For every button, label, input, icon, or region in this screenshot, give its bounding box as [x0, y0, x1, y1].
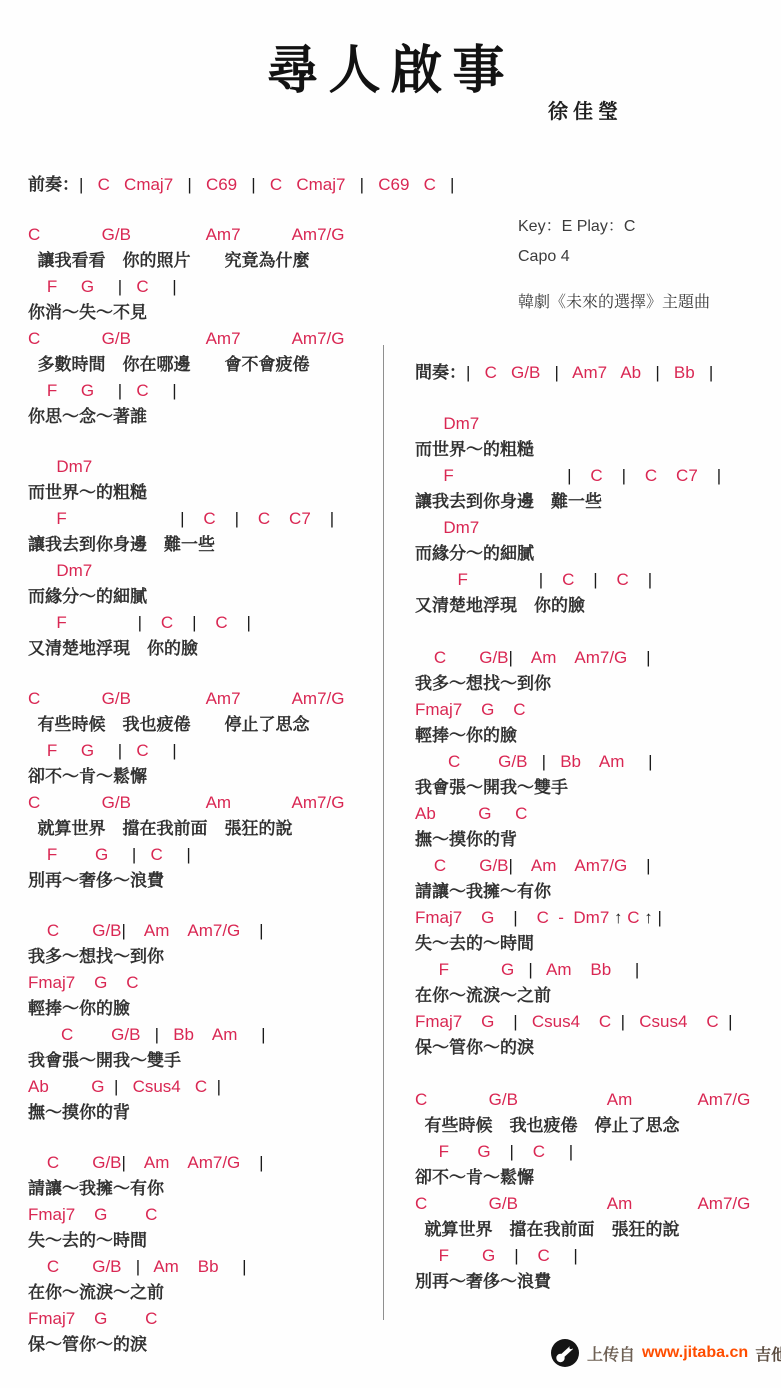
bar-separator: | — [235, 509, 258, 528]
bar-separator: | — [172, 277, 176, 296]
chord-symbol: Am Am7/G — [144, 921, 259, 940]
chord-line: C G/B| Am Am7/G | — [28, 918, 380, 944]
song-section: Dm7而世界～的粗糙 F | C | C C7 |讓我去到你身邊 難一些 Dm7… — [415, 411, 781, 619]
bar-separator: | — [132, 845, 151, 864]
chord-line: C G/B Am7 Am7/G — [28, 222, 380, 248]
bar-separator: | — [593, 570, 616, 589]
chord-symbol: C G/B — [28, 1025, 155, 1044]
lyric-line: 又清楚地浮現 你的臉 — [415, 593, 781, 619]
bar-separator: | — [555, 363, 573, 382]
chord-line: C G/B Am Am7/G — [415, 1191, 781, 1217]
chord-symbol: C — [533, 1142, 569, 1161]
bar-separator: | — [728, 1012, 732, 1031]
jitaba-logo-icon — [550, 1338, 580, 1368]
lyric-line: 而世界～的粗糙 — [28, 480, 380, 506]
chord-line: C G/B Am7 Am7/G — [28, 686, 380, 712]
chord-symbol: C G/B Am Am7/G — [415, 1194, 750, 1213]
intro-line: 前奏：| C Cmaj7 | C69 | C Cmaj7 | C69 C | — [28, 170, 454, 195]
chord-symbol: C C7 — [258, 509, 330, 528]
chord-line: C G/B| Am Am7/G | — [28, 1150, 380, 1176]
chord-symbol: C — [151, 845, 187, 864]
chord-symbol: C — [136, 381, 172, 400]
chord-symbol: C G/B — [28, 921, 122, 940]
chord-symbol: C G/B — [415, 752, 542, 771]
chord-symbol: Am Am7/G — [531, 856, 646, 875]
lyric-line: 請讓～我擁～有你 — [415, 879, 781, 905]
bar-separator: | — [655, 363, 674, 382]
bar-separator: | — [622, 466, 645, 485]
lyric-line: 別再～奢侈～浪費 — [28, 868, 380, 894]
lyric-line: 撫～摸你的背 — [28, 1100, 380, 1126]
chord-symbol: C — [590, 466, 621, 485]
song-section: C G/B| Am Am7/G |我多～想找～到你Fmaj7 G C輕捧～你的臉… — [28, 918, 380, 1126]
chord-symbol: C G/B — [28, 1257, 136, 1276]
song-section: C G/B| Am Am7/G |我多～想找～到你Fmaj7 G C輕捧～你的臉… — [415, 645, 781, 1061]
chord-symbol: F G — [415, 1246, 514, 1265]
chord-symbol: C G/B Am7 Am7/G — [28, 689, 344, 708]
lyric-line: 在你～流淚～之前 — [28, 1280, 380, 1306]
chord-symbol: C — [203, 509, 234, 528]
song-section: C G/B Am7 Am7/G 有些時候 我也疲倦 停止了思念 F G | C … — [28, 686, 380, 894]
footer-site-name: 吉他吧 — [755, 1342, 781, 1365]
interlude-chords: | C G/B | Am7 Ab | Bb | — [466, 363, 713, 382]
footer-credit: 上传自 www.jitaba.cn 吉他吧 — [550, 1338, 781, 1368]
chord-line: Fmaj7 G | C - Dm7 ↑ C ↑ | — [415, 905, 781, 931]
bar-separator: | — [514, 1246, 537, 1265]
chord-symbol: C Cmaj7 — [98, 175, 188, 194]
chord-symbol: C69 C — [378, 175, 450, 194]
chord-symbol: Dm7 — [415, 414, 479, 433]
interlude-line: 間奏：| C G/B | Am7 Ab | Bb | — [415, 358, 781, 383]
lyric-line: 我多～想找～到你 — [415, 671, 781, 697]
bar-separator: | — [569, 1142, 573, 1161]
footer-site-url[interactable]: www.jitaba.cn — [642, 1344, 748, 1362]
lyric-line: 輕捧～你的臉 — [28, 996, 380, 1022]
chord-line: Dm7 — [28, 454, 380, 480]
chord-symbol: F G — [415, 1142, 509, 1161]
chord-symbol: C G/B Am7 Am7/G — [28, 225, 344, 244]
bar-separator: | — [172, 381, 176, 400]
bar-separator: | — [138, 613, 161, 632]
lyric-line: 讓我看看 你的照片 究竟為什麼 — [28, 248, 380, 274]
chord-symbol: C G/B Am Am7/G — [415, 1090, 750, 1109]
chord-symbol: Bb Am — [173, 1025, 261, 1044]
bar-separator: | — [539, 570, 562, 589]
bar-separator: | — [259, 921, 263, 940]
bar-separator: | — [247, 613, 251, 632]
bar-separator: | — [648, 752, 652, 771]
column-divider — [383, 345, 384, 1320]
bar-separator: | — [717, 466, 721, 485]
chord-line: F | C | C | — [28, 610, 380, 636]
drama-info: 韓劇《未來的選擇》主題曲 — [518, 288, 710, 318]
chord-symbol: Ab G C — [415, 804, 527, 823]
lyric-line: 保～管你～的淚 — [415, 1035, 781, 1061]
intro-label: 前奏： — [28, 175, 79, 194]
bar-separator: | — [509, 1142, 532, 1161]
chord-symbol: C69 — [206, 175, 251, 194]
bar-separator: | — [122, 921, 144, 940]
bar-separator: | — [261, 1025, 265, 1044]
chord-symbol: Csus4 C — [532, 1012, 621, 1031]
lyric-line: 有些時候 我也疲倦 停止了思念 — [28, 712, 380, 738]
song-info-box: Key：E Play：C Capo 4 韓劇《未來的選擇》主題曲 — [518, 212, 710, 318]
lyric-line: 多數時間 你在哪邊 會不會疲倦 — [28, 352, 380, 378]
chord-symbol: Bb Am — [560, 752, 648, 771]
chord-symbol: Dm7 — [415, 518, 479, 537]
chord-symbol: C C7 — [645, 466, 717, 485]
bar-separator: | — [573, 1246, 577, 1265]
lyric-line: 輕捧～你的臉 — [415, 723, 781, 749]
chord-line: F G | C | — [415, 1243, 781, 1269]
chord-symbol: Dm7 — [28, 457, 92, 476]
bar-separator: | — [709, 363, 713, 382]
bar-separator: | — [242, 1257, 246, 1276]
chord-symbol: F G — [28, 741, 118, 760]
lyric-line: 而緣分～的細膩 — [28, 584, 380, 610]
chord-symbol: C — [562, 570, 593, 589]
chord-symbol: F G — [28, 277, 118, 296]
chord-symbol: C G/B — [415, 648, 509, 667]
chord-symbol: C — [215, 613, 246, 632]
chord-symbol: F — [28, 613, 138, 632]
bar-separator: ↑ | — [644, 908, 662, 927]
chord-line: F | C | C C7 | — [28, 506, 380, 532]
chord-symbol: Dm7 — [28, 561, 92, 580]
chord-line: Ab G | Csus4 C | — [28, 1074, 380, 1100]
lyric-line: 保～管你～的淚 — [28, 1332, 380, 1358]
capo-info: Capo 4 — [518, 242, 710, 272]
bar-separator: | — [542, 752, 561, 771]
chord-symbol: Am7 Ab — [572, 363, 655, 382]
chord-symbol: C — [538, 1246, 574, 1265]
chord-symbol: Fmaj7 G C — [28, 1205, 157, 1224]
chord-symbol: Am Am7/G — [531, 648, 646, 667]
bar-separator: | — [155, 1025, 174, 1044]
bar-separator: | — [118, 277, 137, 296]
lyric-line: 撫～摸你的背 — [415, 827, 781, 853]
bar-separator: | — [114, 1077, 133, 1096]
chord-symbol: C — [617, 570, 648, 589]
bar-separator: | — [648, 570, 652, 589]
lyric-line: 你消～失～不見 — [28, 300, 380, 326]
intro-chords: | C Cmaj7 | C69 | C Cmaj7 | C69 C | — [79, 175, 454, 194]
interlude-label: 間奏： — [415, 363, 466, 382]
bar-separator: | — [180, 509, 203, 528]
chord-symbol: C G/B — [415, 856, 509, 875]
chord-line: F | C | C | — [415, 567, 781, 593]
bar-separator: | — [136, 1257, 154, 1276]
chord-symbol: C G/B Am7 Am7/G — [28, 329, 344, 348]
chord-line: C G/B Am7 Am7/G — [28, 326, 380, 352]
chord-symbol: F G — [415, 960, 528, 979]
lyric-line: 就算世界 擋在我前面 張狂的說 — [415, 1217, 781, 1243]
chord-line: F G | C | — [28, 842, 380, 868]
bar-separator: | — [251, 175, 270, 194]
bar-separator: | — [217, 1077, 221, 1096]
bar-separator: | — [513, 1012, 532, 1031]
bar-separator: | — [646, 648, 650, 667]
footer-upload-text: 上传自 — [587, 1342, 635, 1365]
lyric-line: 失～去的～時間 — [415, 931, 781, 957]
bar-separator: | — [330, 509, 334, 528]
lyric-line: 失～去的～時間 — [28, 1228, 380, 1254]
chord-line: Ab G C — [415, 801, 781, 827]
lyric-line: 讓我去到你身邊 難一些 — [28, 532, 380, 558]
chord-symbol: Fmaj7 G — [415, 1012, 513, 1031]
chord-symbol: C Cmaj7 — [270, 175, 360, 194]
chord-symbol: Am Bb — [153, 1257, 242, 1276]
chord-line: F G | Am Bb | — [415, 957, 781, 983]
bar-separator: | — [187, 175, 206, 194]
chord-line: C G/B | Am Bb | — [28, 1254, 380, 1280]
chord-symbol: F G — [28, 845, 132, 864]
lyric-line: 而世界～的粗糙 — [415, 437, 781, 463]
bar-separator: | — [122, 1153, 144, 1172]
chord-symbol: F — [415, 466, 567, 485]
chord-line: Fmaj7 G C — [415, 697, 781, 723]
chord-symbol: C G/B — [28, 1153, 122, 1172]
song-section: C G/B Am Am7/G 有些時候 我也疲倦 停止了思念 F G | C |… — [415, 1087, 781, 1295]
lyric-line: 卻不～肯～鬆懈 — [28, 764, 380, 790]
chord-line: C G/B| Am Am7/G | — [415, 645, 781, 671]
bar-separator: | — [118, 741, 137, 760]
lyric-line: 有些時候 我也疲倦 停止了思念 — [415, 1113, 781, 1139]
chord-symbol: C — [627, 908, 644, 927]
page-title: 尋人啟事 — [0, 28, 781, 103]
song-section: C G/B Am7 Am7/G 讓我看看 你的照片 究竟為什麼 F G | C … — [28, 222, 380, 430]
song-section: C G/B| Am Am7/G |請讓～我擁～有你Fmaj7 G C失～去的～時… — [28, 1150, 380, 1358]
chord-symbol: Fmaj7 G C — [28, 973, 139, 992]
chord-symbol: C G/B Am Am7/G — [28, 793, 344, 812]
bar-separator: | — [567, 466, 590, 485]
chord-line: Dm7 — [415, 515, 781, 541]
bar-separator: | — [192, 613, 215, 632]
lyric-line: 在你～流淚～之前 — [415, 983, 781, 1009]
chord-symbol: C — [136, 277, 172, 296]
lyric-line: 我會張～開我～雙手 — [415, 775, 781, 801]
chord-symbol: Am Bb — [546, 960, 635, 979]
chord-line: F | C | C C7 | — [415, 463, 781, 489]
chord-line: C G/B | Bb Am | — [415, 749, 781, 775]
chord-line: Fmaj7 G C — [28, 1306, 380, 1332]
bar-separator: | — [450, 175, 454, 194]
chord-line: F G | C | — [28, 378, 380, 404]
bar-separator: | — [635, 960, 639, 979]
chord-line: Dm7 — [28, 558, 380, 584]
lyric-line: 我會張～開我～雙手 — [28, 1048, 380, 1074]
chord-line: C G/B Am Am7/G — [28, 790, 380, 816]
chord-line: Fmaj7 G C — [28, 970, 380, 996]
lyric-line: 別再～奢侈～浪費 — [415, 1269, 781, 1295]
chord-symbol: Fmaj7 G C — [415, 700, 526, 719]
bar-separator: | — [621, 1012, 640, 1031]
chord-symbol: Csus4 C — [639, 1012, 728, 1031]
bar-separator: | — [360, 175, 379, 194]
chord-line: C G/B| Am Am7/G | — [415, 853, 781, 879]
chord-symbol: C — [161, 613, 192, 632]
chord-symbol: Fmaj7 G — [415, 908, 513, 927]
right-column: 間奏：| C G/B | Am7 Ab | Bb | Dm7而世界～的粗糙 F … — [415, 358, 781, 1321]
chord-line: F G | C | — [28, 274, 380, 300]
chord-line: C G/B Am Am7/G — [415, 1087, 781, 1113]
chord-symbol: C - Dm7 — [537, 908, 614, 927]
key-info: Key：E Play：C — [518, 212, 710, 242]
chord-symbol: Ab G — [28, 1077, 114, 1096]
bar-separator: | — [79, 175, 98, 194]
artist-name: 徐佳瑩 — [548, 95, 623, 124]
bar-separator: | — [259, 1153, 263, 1172]
lyric-line: 讓我去到你身邊 難一些 — [415, 489, 781, 515]
chord-symbol: Fmaj7 G C — [28, 1309, 157, 1328]
lyric-line: 請讓～我擁～有你 — [28, 1176, 380, 1202]
chord-line: C G/B | Bb Am | — [28, 1022, 380, 1048]
chord-line: Fmaj7 G C — [28, 1202, 380, 1228]
bar-separator: | — [528, 960, 546, 979]
bar-separator: | — [513, 908, 536, 927]
chord-symbol: F — [415, 570, 539, 589]
bar-separator: | — [509, 648, 531, 667]
bar-separator: | — [186, 845, 190, 864]
song-section: Dm7而世界～的粗糙 F | C | C C7 |讓我去到你身邊 難一些 Dm7… — [28, 454, 380, 662]
chord-line: Fmaj7 G | Csus4 C | Csus4 C | — [415, 1009, 781, 1035]
left-column: C G/B Am7 Am7/G 讓我看看 你的照片 究竟為什麼 F G | C … — [28, 222, 380, 1382]
chord-line: F G | C | — [28, 738, 380, 764]
chord-symbol: F — [28, 509, 180, 528]
chord-symbol: Bb — [674, 363, 709, 382]
chord-symbol: C G/B — [485, 363, 555, 382]
chord-line: Dm7 — [415, 411, 781, 437]
bar-separator: ↑ — [614, 908, 627, 927]
bar-separator: | — [646, 856, 650, 875]
lyric-line: 又清楚地浮現 你的臉 — [28, 636, 380, 662]
chord-symbol: F G — [28, 381, 118, 400]
bar-separator: | — [509, 856, 531, 875]
lyric-line: 你思～念～著誰 — [28, 404, 380, 430]
bar-separator: | — [172, 741, 176, 760]
lyric-line: 我多～想找～到你 — [28, 944, 380, 970]
chord-line: F G | C | — [415, 1139, 781, 1165]
chord-symbol: Am Am7/G — [144, 1153, 259, 1172]
bar-separator: | — [118, 381, 137, 400]
lyric-line: 而緣分～的細膩 — [415, 541, 781, 567]
chord-symbol: C — [136, 741, 172, 760]
bar-separator: | — [466, 363, 485, 382]
lyric-line: 就算世界 擋在我前面 張狂的說 — [28, 816, 380, 842]
chord-symbol: Csus4 C — [133, 1077, 217, 1096]
lyric-line: 卻不～肯～鬆懈 — [415, 1165, 781, 1191]
